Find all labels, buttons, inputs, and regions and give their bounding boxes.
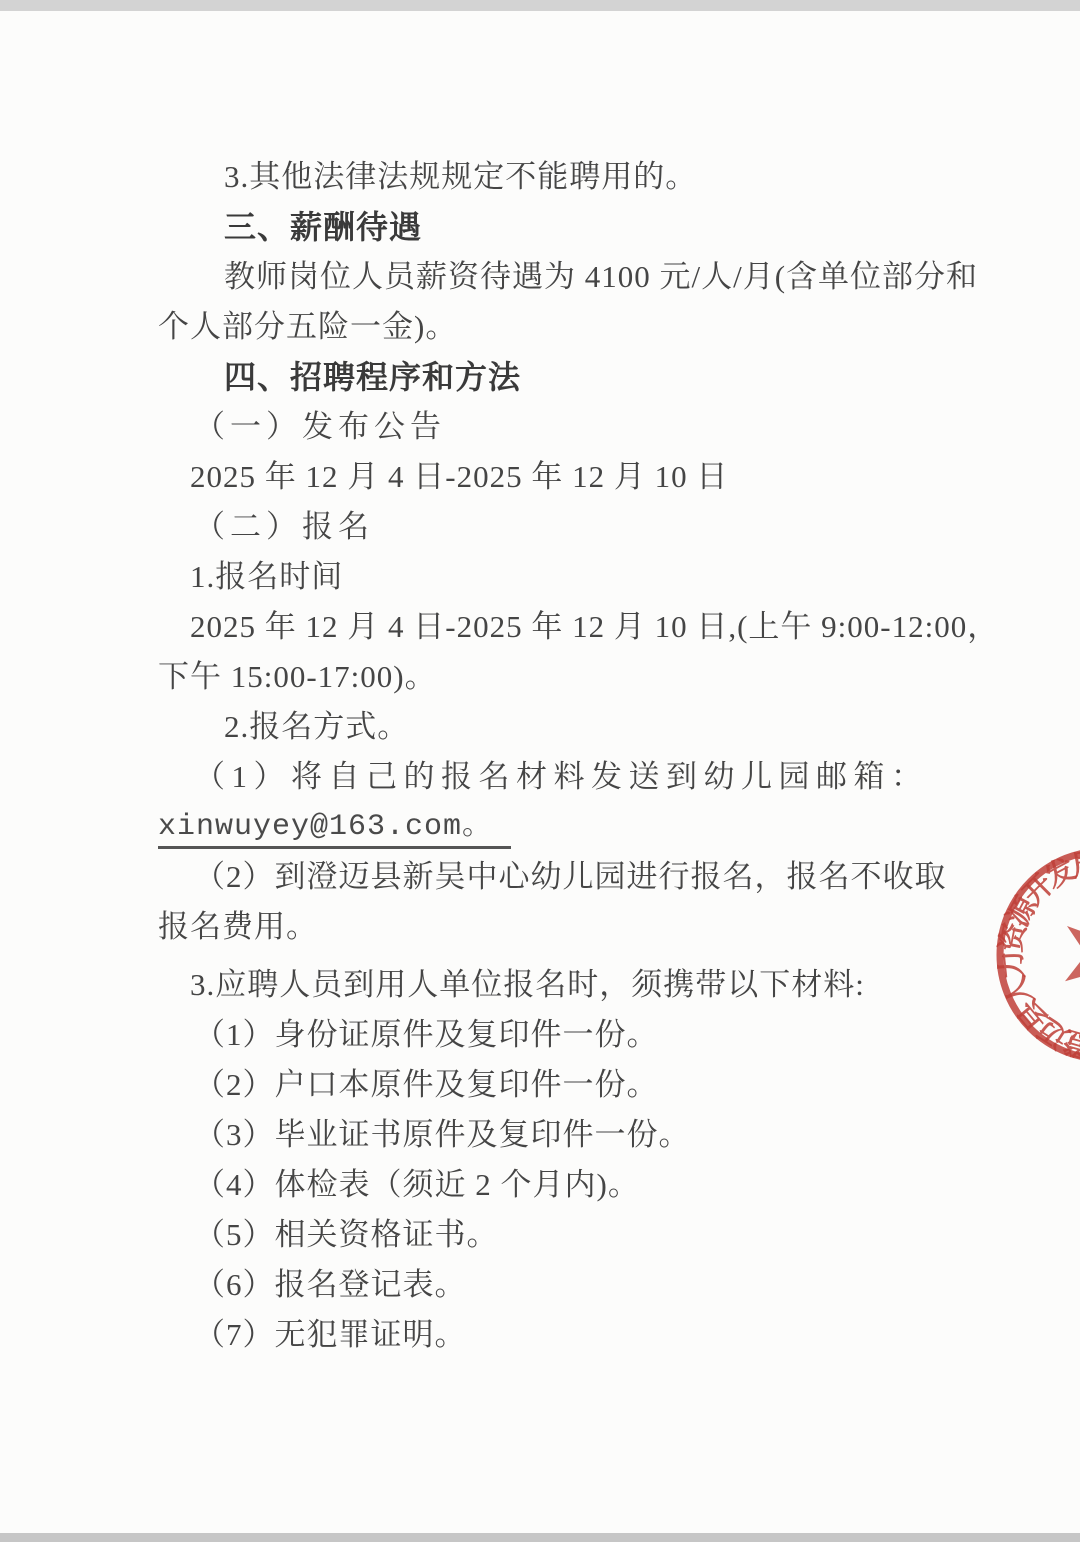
document-body: 3.其他法律法规规定不能聘用的。 三、薪酬待遇 教师岗位人员薪资待遇为 4100… bbox=[158, 152, 944, 1360]
svg-text:局: 局 bbox=[1069, 846, 1080, 883]
sub-heading-registration: （二）报名 bbox=[158, 502, 944, 552]
svg-text:澄: 澄 bbox=[1060, 1024, 1080, 1064]
salary-text-line1: 教师岗位人员薪资待遇为 4100 元/人/月(含单位部分和 bbox=[158, 252, 944, 302]
registration-time-label: 1.报名时间 bbox=[158, 552, 944, 602]
material-id-card: （1）身份证原件及复印件一份。 bbox=[158, 1010, 944, 1060]
svg-text:人: 人 bbox=[999, 971, 1040, 1010]
material-certificates: （5）相关资格证书。 bbox=[158, 1210, 944, 1260]
salary-text-line2: 个人部分五险一金)。 bbox=[158, 302, 944, 352]
email-address: xinwuyey@163.com。 bbox=[158, 810, 511, 849]
material-physical-exam: （4）体检表（须近 2 个月内)。 bbox=[158, 1160, 944, 1210]
material-registration-form: （6）报名登记表。 bbox=[158, 1260, 944, 1310]
official-red-stamp: 澄迈县人力资源开发局 bbox=[950, 780, 1080, 1140]
sub-heading-announcement: （一）发布公告 bbox=[158, 402, 944, 452]
scanned-document-page: 3.其他法律法规规定不能聘用的。 三、薪酬待遇 教师岗位人员薪资待遇为 4100… bbox=[0, 0, 1080, 1542]
svg-text:力: 力 bbox=[994, 949, 1030, 981]
heading-procedure: 四、招聘程序和方法 bbox=[158, 352, 944, 402]
material-no-crime-proof: （7）无犯罪证明。 bbox=[158, 1310, 944, 1360]
svg-text:迈: 迈 bbox=[1032, 1011, 1074, 1054]
registration-dates-line2: 下午 15:00-17:00)。 bbox=[158, 652, 944, 702]
scan-edge-bottom bbox=[0, 1533, 1080, 1542]
email-address-line: xinwuyey@163.com。 bbox=[158, 802, 944, 852]
materials-intro: 3.应聘人员到用人单位报名时，须携带以下材料: bbox=[158, 960, 944, 1010]
svg-text:发: 发 bbox=[1040, 851, 1080, 895]
method-onsite-line1: （2）到澄迈县新吴中心幼儿园进行报名，报名不收取 bbox=[158, 852, 944, 902]
svg-text:开: 开 bbox=[1017, 868, 1061, 912]
material-household: （2）户口本原件及复印件一份。 bbox=[158, 1060, 944, 1110]
heading-salary: 三、薪酬待遇 bbox=[158, 202, 944, 252]
registration-method-label: 2.报名方式。 bbox=[158, 702, 944, 752]
announcement-dates: 2025 年 12 月 4 日-2025 年 12 月 10 日 bbox=[158, 452, 944, 502]
method-onsite-line2: 报名费用。 bbox=[158, 902, 944, 952]
registration-dates-line1: 2025 年 12 月 4 日-2025 年 12 月 10 日,(上午 9:0… bbox=[158, 602, 944, 652]
scan-edge-top bbox=[0, 0, 1080, 11]
clause-other-laws: 3.其他法律法规规定不能聘用的。 bbox=[158, 152, 944, 202]
svg-text:源: 源 bbox=[1001, 890, 1044, 932]
method-email-line: （1）将自己的报名材料发送到幼儿园邮箱： bbox=[158, 752, 944, 802]
svg-text:资: 资 bbox=[993, 919, 1032, 955]
svg-text:县: 县 bbox=[1011, 993, 1055, 1036]
material-diploma: （3）毕业证书原件及复印件一份。 bbox=[158, 1110, 944, 1160]
